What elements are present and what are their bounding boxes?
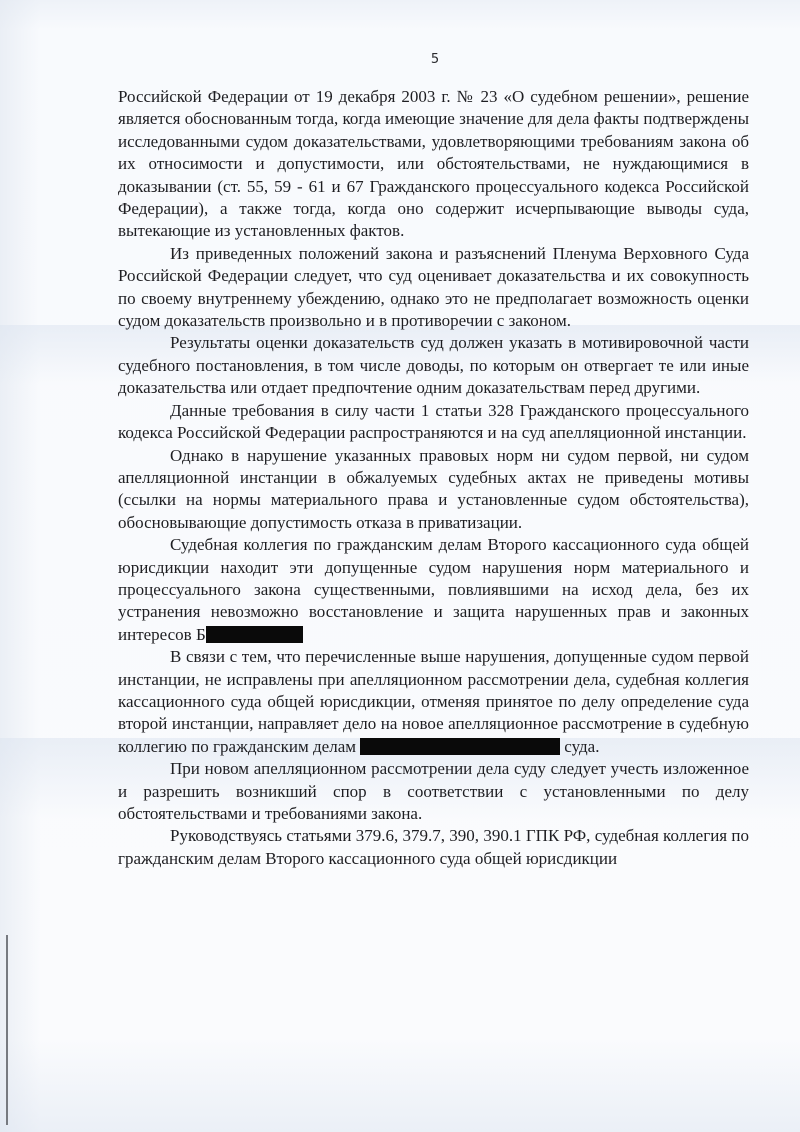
- paragraph: При новом апелляционном рассмотрении дел…: [118, 758, 749, 825]
- paragraph: Руководствуясь статьями 379.6, 379.7, 39…: [118, 825, 749, 870]
- page-edge-line: [6, 935, 8, 1125]
- paragraph: Судебная коллегия по гражданским делам В…: [118, 534, 749, 646]
- page-number: 5: [35, 52, 800, 67]
- paragraph-text-tail: суда.: [564, 737, 599, 756]
- document-body: Российской Федерации от 19 декабря 2003 …: [118, 86, 749, 870]
- paragraph: Из приведенных положений закона и разъяс…: [118, 243, 749, 333]
- paragraph: Однако в нарушение указанных правовых но…: [118, 445, 749, 535]
- redacted-name: [206, 626, 303, 643]
- paragraph: Российской Федерации от 19 декабря 2003 …: [118, 86, 749, 243]
- paragraph: Данные требования в силу части 1 статьи …: [118, 400, 749, 445]
- paragraph: Результаты оценки доказательств суд долж…: [118, 332, 749, 399]
- redacted-court-name: [360, 738, 560, 755]
- paragraph: В связи с тем, что перечисленные выше на…: [118, 646, 749, 758]
